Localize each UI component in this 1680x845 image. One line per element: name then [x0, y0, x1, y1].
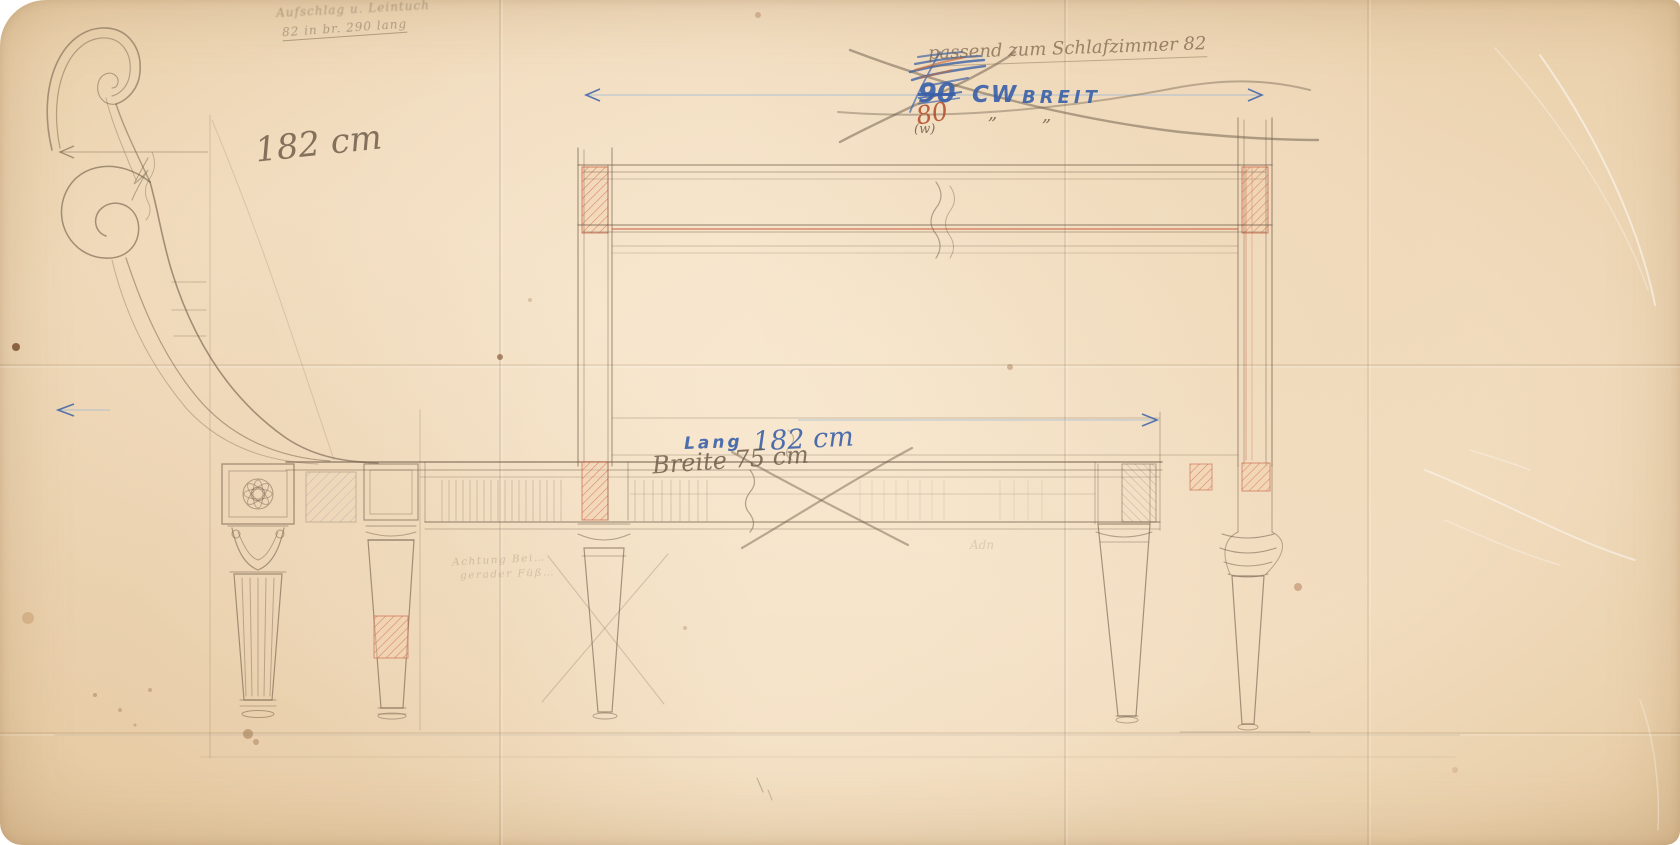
scroll-profile: [47, 28, 378, 758]
carved-leg: [222, 464, 294, 718]
creases: [1425, 48, 1658, 830]
stains: [12, 12, 1458, 773]
drawing-sheet: Aufschlag u. Leintuch 82 in br. 290 lang…: [0, 0, 1680, 845]
break-squiggle: [946, 186, 955, 258]
drawing-canvas: [0, 0, 1680, 845]
leg-block-red: [582, 462, 608, 520]
scribbles: [55, 50, 1460, 800]
rail-hatch-block: [306, 472, 356, 522]
rail-end-red: [1190, 464, 1212, 490]
corner-post-leg: [1180, 463, 1310, 732]
post-block-red: [1242, 463, 1270, 491]
fold-lines: [0, 0, 1680, 845]
turned-leg-mid: [1096, 464, 1156, 723]
plan-corner-block-left: [582, 167, 608, 233]
turned-leg-left: [578, 462, 630, 719]
leg-block-hatched: [1122, 464, 1156, 522]
apron-hatching: [442, 480, 707, 521]
side-elevation: [286, 410, 1162, 730]
apron-hatching-light: [860, 480, 1042, 520]
dimension-lines-blue: [58, 89, 1262, 426]
tapered-leg-profile: [364, 464, 418, 719]
plan-view: [578, 118, 1272, 466]
break-squiggle: [931, 182, 941, 258]
leg-hatch-red: [374, 616, 408, 658]
